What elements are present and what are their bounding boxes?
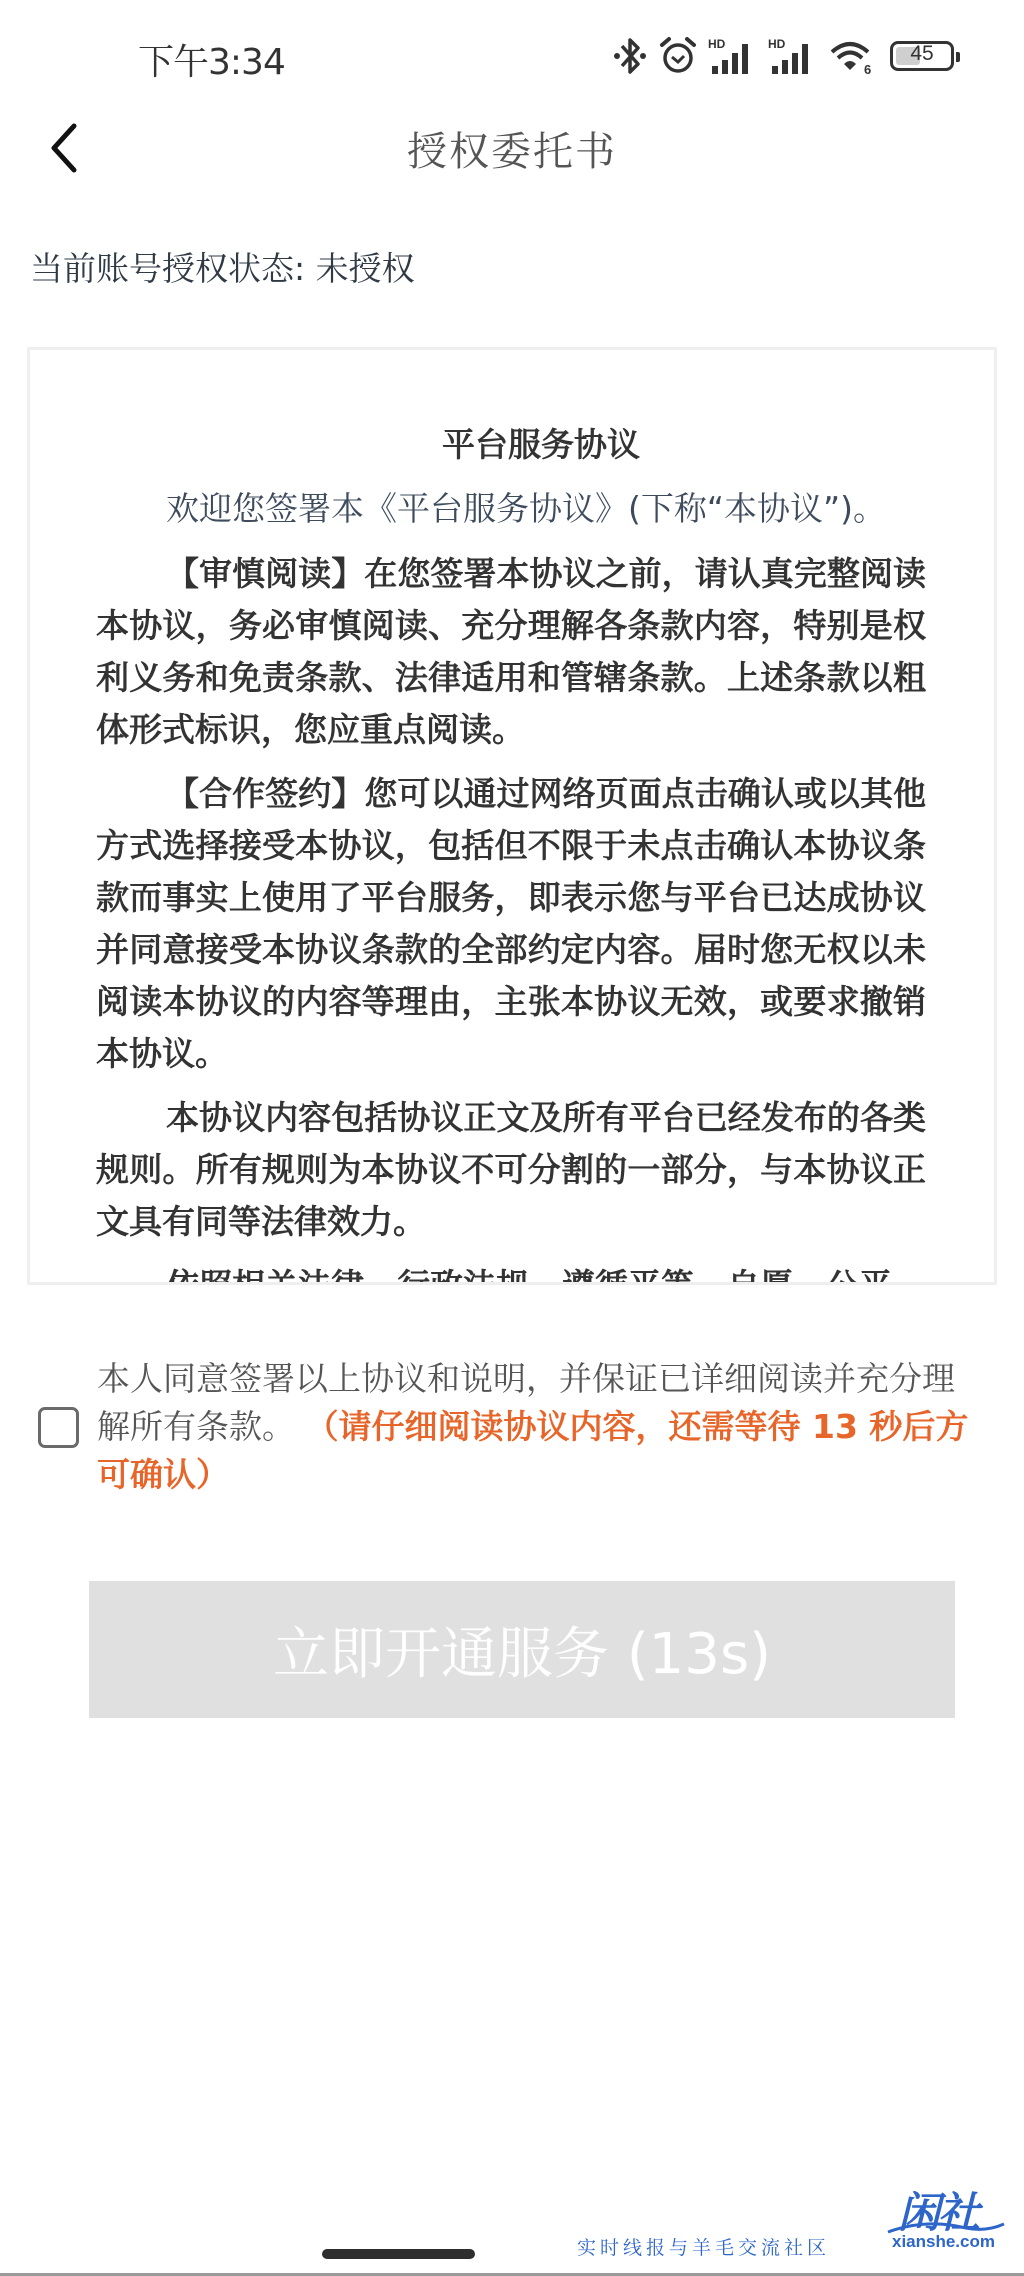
watermark-logo: 闲社 xianshe.com — [886, 2180, 1006, 2260]
watermark-logo-en: xianshe.com — [892, 2232, 995, 2252]
consent-section: 本人同意签署以上协议和说明，并保证已详细阅读并充分理解所有条款。 （请仔细阅读协… — [0, 1350, 1024, 1510]
battery-tip — [956, 52, 960, 62]
svg-text:HD: HD — [768, 37, 786, 51]
agreement-content: 平台服务协议 欢迎您签署本《平台服务协议》(下称“本协议”)。 【审慎阅读】在您… — [96, 420, 926, 1285]
page-title: 授权委托书 — [0, 120, 1024, 177]
status-icons: HD HD 6 45 — [612, 34, 954, 78]
status-time: 下午3:34 — [138, 34, 285, 85]
alarm-icon — [658, 36, 698, 76]
battery-level: 45 — [893, 42, 951, 66]
agreement-paragraph-content: 本协议内容包括协议正文及所有平台已经发布的各类规则。所有规则为本协议不可分割的一… — [96, 1092, 926, 1248]
svg-text:HD: HD — [708, 37, 726, 51]
agreement-welcome: 欢迎您签署本《平台服务协议》(下称“本协议”)。 — [96, 484, 926, 534]
consent-checkbox[interactable] — [38, 1407, 79, 1448]
consent-label[interactable]: 本人同意签署以上协议和说明，并保证已详细阅读并充分理解所有条款。 （请仔细阅读协… — [97, 1355, 987, 1499]
agreement-paragraph-careful-reading: 【审慎阅读】在您签署本协议之前，请认真完整阅读本协议，务必审慎阅读、充分理解各条… — [96, 548, 926, 756]
wifi-6-icon: 6 — [828, 36, 876, 76]
signal-hd-2-icon: HD — [768, 36, 818, 76]
svg-text:6: 6 — [864, 62, 871, 76]
bluetooth-icon — [612, 36, 648, 76]
agreement-paragraph-signing: 【合作签约】您可以通过网络页面点击确认或以其他方式选择接受本协议，包括但不限于未… — [96, 768, 926, 1080]
status-bar: 下午3:34 HD HD 6 45 — [0, 0, 1024, 110]
signal-hd-1-icon: HD — [708, 36, 758, 76]
agreement-title: 平台服务协议 — [156, 420, 926, 470]
home-indicator[interactable] — [322, 2249, 475, 2259]
nav-bar: 授权委托书 — [0, 110, 1024, 190]
authorization-status: 当前账号授权状态: 未授权 — [30, 243, 415, 290]
watermark-tagline: 实时线报与羊毛交流社区 — [577, 2233, 830, 2260]
activate-service-button[interactable]: 立即开通服务 (13s) — [89, 1581, 955, 1718]
agreement-paragraph-truncated: 依照相关法律、行政法规、遵循平等、自愿、公平 — [96, 1260, 926, 1285]
agreement-scroll-box[interactable]: 平台服务协议 欢迎您签署本《平台服务协议》(下称“本协议”)。 【审慎阅读】在您… — [27, 347, 997, 1285]
battery-icon: 45 — [890, 41, 954, 71]
